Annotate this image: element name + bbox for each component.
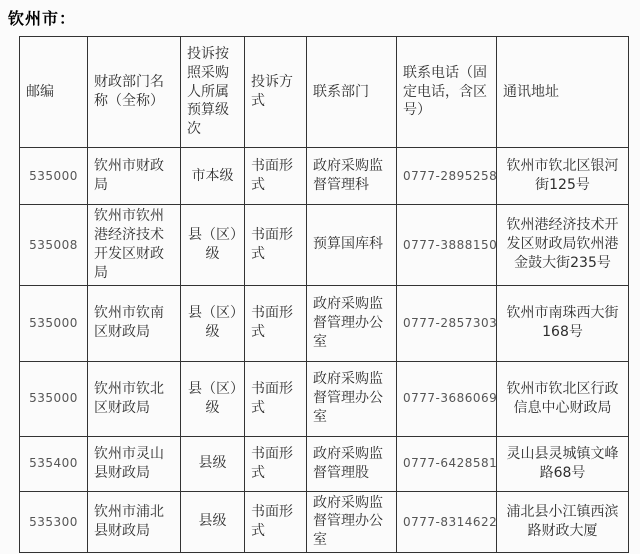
page: 钦州市： 邮编 财政部门名称（全称） 投诉按照采购人所属预算级次 投诉方式 联系… — [0, 0, 640, 554]
table-cell: 县级 — [181, 491, 245, 553]
table-cell: 政府采购监督管理科 — [307, 148, 397, 205]
table-cell: 县（区）级 — [181, 361, 245, 436]
finance-contact-table: 邮编 财政部门名称（全称） 投诉按照采购人所属预算级次 投诉方式 联系部门 联系… — [19, 36, 629, 553]
header-mailing-address: 通讯地址 — [497, 37, 629, 148]
table-cell: 0777-2895258 — [397, 148, 497, 205]
table-cell: 0777-3888150 — [397, 205, 497, 286]
table-cell: 书面形式 — [245, 361, 307, 436]
table-cell: 钦州市钦北区银河街125号 — [497, 148, 629, 205]
table-cell: 0777-3686069 — [397, 361, 497, 436]
table-cell: 政府采购监督管理办公室 — [307, 491, 397, 553]
table-cell: 灵山县灵城镇文峰路68号 — [497, 436, 629, 491]
table-row: 535008钦州市钦州港经济技术开发区财政局县（区）级书面形式预算国库科0777… — [20, 205, 629, 286]
table-cell: 钦州市浦北县财政局 — [88, 491, 181, 553]
table-cell: 书面形式 — [245, 205, 307, 286]
table-cell: 县（区）级 — [181, 205, 245, 286]
header-contact-department: 联系部门 — [307, 37, 397, 148]
table-row: 535000钦州市钦南区财政局县（区）级书面形式政府采购监督管理办公室0777-… — [20, 285, 629, 361]
table-cell: 预算国库科 — [307, 205, 397, 286]
header-complaint-method: 投诉方式 — [245, 37, 307, 148]
table-cell: 钦州市财政局 — [88, 148, 181, 205]
table-cell: 钦州港经济技术开发区财政局钦州港金鼓大街235号 — [497, 205, 629, 286]
header-postal-code: 邮编 — [20, 37, 88, 148]
table-cell: 钦州市钦北区行政信息中心财政局 — [497, 361, 629, 436]
table-cell: 县级 — [181, 436, 245, 491]
table-cell: 0777-8314622 — [397, 491, 497, 553]
table-row: 535000钦州市财政局市本级书面形式政府采购监督管理科0777-2895258… — [20, 148, 629, 205]
table-header-row: 邮编 财政部门名称（全称） 投诉按照采购人所属预算级次 投诉方式 联系部门 联系… — [20, 37, 629, 148]
table-cell: 书面形式 — [245, 285, 307, 361]
table-row: 535300钦州市浦北县财政局县级书面形式政府采购监督管理办公室0777-831… — [20, 491, 629, 553]
table-cell: 书面形式 — [245, 491, 307, 553]
table-cell: 535000 — [20, 361, 88, 436]
table-cell: 0777-2857303 — [397, 285, 497, 361]
table-cell: 县（区）级 — [181, 285, 245, 361]
table-cell: 535300 — [20, 491, 88, 553]
page-title: 钦州市： — [8, 6, 640, 29]
table-cell: 浦北县小江镇西滨路财政大厦 — [497, 491, 629, 553]
table-cell: 535008 — [20, 205, 88, 286]
table-cell: 政府采购监督管理办公室 — [307, 285, 397, 361]
table-cell: 书面形式 — [245, 436, 307, 491]
header-department-name: 财政部门名称（全称） — [88, 37, 181, 148]
table-cell: 535000 — [20, 285, 88, 361]
header-budget-level: 投诉按照采购人所属预算级次 — [181, 37, 245, 148]
table-cell: 钦州市南珠西大街168号 — [497, 285, 629, 361]
table-row: 535000钦州市钦北区财政局县（区）级书面形式政府采购监督管理办公室0777-… — [20, 361, 629, 436]
table-cell: 535000 — [20, 148, 88, 205]
table-cell: 0777-6428581 — [397, 436, 497, 491]
table-cell: 535400 — [20, 436, 88, 491]
table-cell: 钦州市灵山县财政局 — [88, 436, 181, 491]
table-row: 535400钦州市灵山县财政局县级书面形式政府采购监督管理股0777-64285… — [20, 436, 629, 491]
table-body: 535000钦州市财政局市本级书面形式政府采购监督管理科0777-2895258… — [20, 148, 629, 553]
table-cell: 政府采购监督管理办公室 — [307, 361, 397, 436]
table-cell: 钦州市钦州港经济技术开发区财政局 — [88, 205, 181, 286]
table-cell: 钦州市钦北区财政局 — [88, 361, 181, 436]
table-cell: 政府采购监督管理股 — [307, 436, 397, 491]
table-cell: 钦州市钦南区财政局 — [88, 285, 181, 361]
table-cell: 书面形式 — [245, 148, 307, 205]
header-contact-phone: 联系电话（固定电话，含区号） — [397, 37, 497, 148]
table-cell: 市本级 — [181, 148, 245, 205]
